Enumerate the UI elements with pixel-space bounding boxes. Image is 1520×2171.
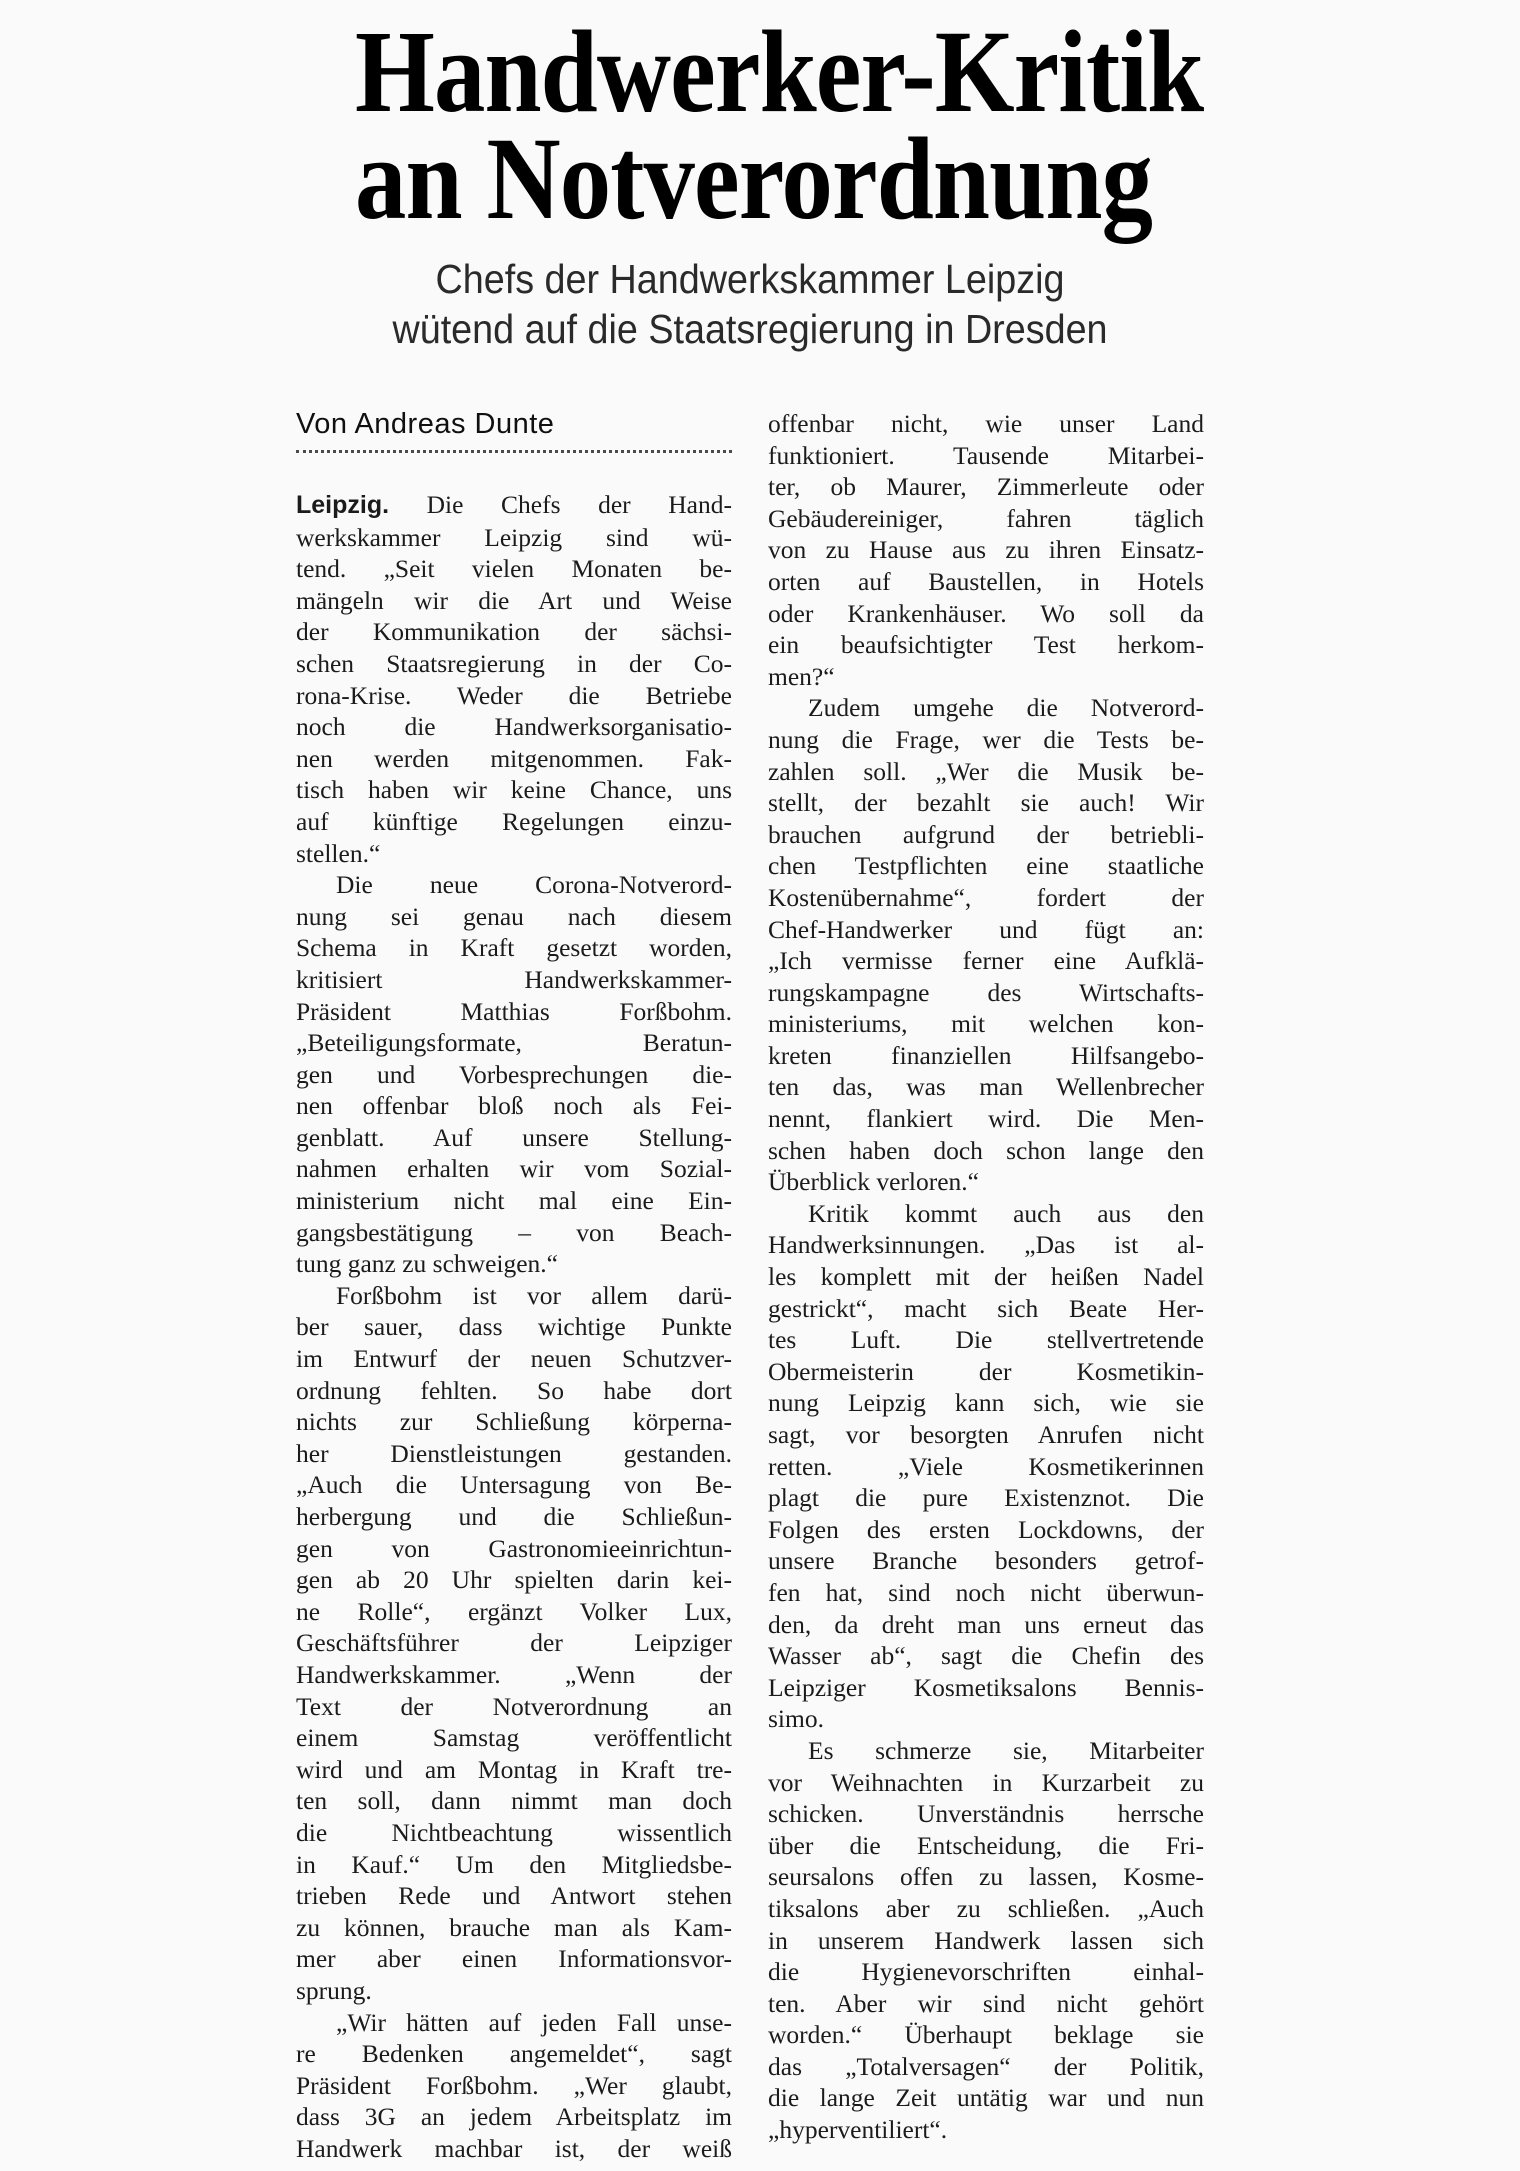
text-line: fen hat, sind noch nicht überwun- [768,1577,1204,1609]
paragraph: Leipzig. Die Chefs der Hand-werkskammer … [296,489,732,869]
text-line: Überblick verloren.“ [768,1166,1204,1198]
text-line: tend. „Seit vielen Monaten be- [296,553,732,585]
column-left: Von Andreas Dunte Leipzig. Die Chefs der… [296,408,732,2164]
text-line: wird und am Montag in Kraft tre- [296,1754,732,1786]
text-line: „Auch die Untersagung von Be- [296,1469,732,1501]
text-line: unsere Branche besonders getrof- [768,1545,1204,1577]
text-line: Kostenübernahme“, fordert der [768,882,1204,914]
text-line: ordnung fehlten. So habe dort [296,1375,732,1407]
text-line: schen Staatsregierung in der Co- [296,648,732,680]
headline-line-1: Handwerker-Kritik [355,18,1145,125]
text-line: tes Luft. Die stellvertretende [768,1324,1204,1356]
subhead: Chefs der Handwerkskammer Leipzig wütend… [332,254,1167,354]
text-line: sprung. [296,1975,732,2007]
text-line: rona-Krise. Weder die Betriebe [296,680,732,712]
text-line: worden.“ Überhaupt beklage sie [768,2019,1204,2051]
text-line: Kritik kommt auch aus den [768,1198,1204,1230]
text-line: „Wir hätten auf jeden Fall unse- [296,2007,732,2039]
text-line: Handwerksinnungen. „Das ist al- [768,1229,1204,1261]
text-line: nung Leipzig kann sich, wie sie [768,1387,1204,1419]
text-line: ministerium nicht mal eine Ein- [296,1185,732,1217]
column-right: offenbar nicht, wie unser Landfunktionie… [768,408,1204,2146]
text-line: in Kauf.“ Um den Mitgliedsbe- [296,1849,732,1881]
text-line: gen ab 20 Uhr spielten darin kei- [296,1564,732,1596]
text-line: plagt die pure Existenznot. Die [768,1482,1204,1514]
text-line: Präsident Forßbohm. „Wer glaubt, [296,2070,732,2102]
text-line: die lange Zeit untätig war und nun [768,2082,1204,2114]
text-line: tung ganz zu schweigen.“ [296,1248,732,1280]
column-left-body: Leipzig. Die Chefs der Hand-werkskammer … [296,489,732,2164]
headline-line-2: an Notverordnung [355,125,1145,232]
text-line: die Nichtbeachtung wissentlich [296,1817,732,1849]
text-line: her Dienstleistungen gestanden. [296,1438,732,1470]
text-line: gestrickt“, macht sich Beate Her- [768,1293,1204,1325]
text-line: ten soll, dann nimmt man doch [296,1785,732,1817]
dateline-lead: Leipzig. [296,491,389,519]
text-line: seursalons offen zu lassen, Kosme- [768,1861,1204,1893]
text-line: einem Samstag veröffentlicht [296,1722,732,1754]
text-line: nen offenbar bloß noch als Fei- [296,1090,732,1122]
text-line: nen werden mitgenommen. Fak- [296,743,732,775]
text-line: ministeriums, mit welchen kon- [768,1008,1204,1040]
paragraph: Die neue Corona-Notverord-nung sei genau… [296,869,732,1280]
paragraph: Forßbohm ist vor allem darü-ber sauer, d… [296,1280,732,2007]
text-line: noch die Handwerksorganisatio- [296,711,732,743]
text-line: simo. [768,1703,1204,1735]
text-line: zu können, brauche man als Kam- [296,1912,732,1944]
column-right-body: offenbar nicht, wie unser Landfunktionie… [768,408,1204,2146]
byline: Von Andreas Dunte [296,408,732,440]
text-line: nichts zur Schließung körperna- [296,1406,732,1438]
text-line: Schema in Kraft gesetzt worden, [296,932,732,964]
text-line: Obermeisterin der Kosmetikin- [768,1356,1204,1388]
text-line: Handwerk machbar ist, der weiß [296,2133,732,2165]
text-line: stellt, der bezahlt sie auch! Wir [768,787,1204,819]
text-line: les komplett mit der heißen Nadel [768,1261,1204,1293]
text-line: ten. Aber wir sind nicht gehört [768,1988,1204,2020]
text-line: „Beteiligungsformate, Beratun- [296,1027,732,1059]
text-line: funktioniert. Tausende Mitarbei- [768,440,1204,472]
paragraph: Es schmerze sie, Mitarbeitervor Weihnach… [768,1735,1204,2146]
text-line: kritisiert Handwerkskammer- [296,964,732,996]
text-line: auf künftige Regelungen einzu- [296,806,732,838]
text-line: trieben Rede und Antwort stehen [296,1880,732,1912]
text-line: nennt, flankiert wird. Die Men- [768,1103,1204,1135]
text-line: dass 3G an jedem Arbeitsplatz im [296,2101,732,2133]
text-line: sagt, vor besorgten Anrufen nicht [768,1419,1204,1451]
text-line: Zudem umgehe die Notverord- [768,692,1204,724]
text-line: Es schmerze sie, Mitarbeiter [768,1735,1204,1767]
headline: Handwerker-Kritik an Notverordnung [355,18,1145,232]
text-line: im Entwurf der neuen Schutzver- [296,1343,732,1375]
text-line: stellen.“ [296,838,732,870]
subhead-line-2: wütend auf die Staatsregierung in Dresde… [332,304,1167,354]
text-line: kreten finanziellen Hilfsangebo- [768,1040,1204,1072]
text-line: Chef-Handwerker und fügt an: [768,914,1204,946]
newspaper-page: Handwerker-Kritik an Notverordnung Chefs… [0,0,1520,2171]
text-line: „Ich vermisse ferner eine Aufklä- [768,945,1204,977]
text-line: mängeln wir die Art und Weise [296,585,732,617]
text-line: tisch haben wir keine Chance, uns [296,774,732,806]
text-line: orten auf Baustellen, in Hotels [768,566,1204,598]
text-line: nahmen erhalten wir vom Sozial- [296,1153,732,1185]
text-line: zahlen soll. „Wer die Musik be- [768,756,1204,788]
text-line: re Bedenken angemeldet“, sagt [296,2038,732,2070]
text-line: Leipzig. Die Chefs der Hand- [296,489,732,522]
text-line: Text der Notverordnung an [296,1691,732,1723]
article: Handwerker-Kritik an Notverordnung Chefs… [296,18,1204,2164]
text-line: vor Weihnachten in Kurzarbeit zu [768,1767,1204,1799]
text-line: Gebäudereiniger, fahren täglich [768,503,1204,535]
text-line: genblatt. Auf unsere Stellung- [296,1122,732,1154]
byline-block: Von Andreas Dunte [296,408,732,453]
text-line: Leipziger Kosmetiksalons Bennis- [768,1672,1204,1704]
text-line: in unserem Handwerk lassen sich [768,1925,1204,1957]
text-line: ne Rolle“, ergänzt Volker Lux, [296,1596,732,1628]
text-line: gangsbestätigung – von Beach- [296,1217,732,1249]
text-line: ein beaufsichtigter Test herkom- [768,629,1204,661]
text-line: schen haben doch schon lange den [768,1135,1204,1167]
text-line: über die Entscheidung, die Fri- [768,1830,1204,1862]
text-line: „hyperventiliert“. [768,2114,1204,2146]
text-line: ter, ob Maurer, Zimmerleute oder [768,471,1204,503]
text-line: oder Krankenhäuser. Wo soll da [768,598,1204,630]
paragraph: Zudem umgehe die Notverord-nung die Frag… [768,692,1204,1198]
text-line: der Kommunikation der sächsi- [296,616,732,648]
text-line: schicken. Unverständnis herrsche [768,1798,1204,1830]
text-line: ten das, was man Wellenbrecher [768,1071,1204,1103]
text-line: retten. „Viele Kosmetikerinnen [768,1451,1204,1483]
paragraph: offenbar nicht, wie unser Landfunktionie… [768,408,1204,692]
text-line: von zu Hause aus zu ihren Einsatz- [768,534,1204,566]
text-line: Forßbohm ist vor allem darü- [296,1280,732,1312]
text-line: ber sauer, dass wichtige Punkte [296,1311,732,1343]
paragraph: „Wir hätten auf jeden Fall unse-re Beden… [296,2007,732,2165]
text-line: werkskammer Leipzig sind wü- [296,522,732,554]
text-line: brauchen aufgrund der betriebli- [768,819,1204,851]
text-line: das „Totalversagen“ der Politik, [768,2051,1204,2083]
text-line: tiksalons aber zu schließen. „Auch [768,1893,1204,1925]
text-line: men?“ [768,661,1204,693]
text-line: Präsident Matthias Forßbohm. [296,996,732,1028]
text-line: Die neue Corona-Notverord- [296,869,732,901]
subhead-line-1: Chefs der Handwerkskammer Leipzig [332,254,1167,304]
text-line: den, da dreht man uns erneut das [768,1609,1204,1641]
text-line: offenbar nicht, wie unser Land [768,408,1204,440]
text-line: Geschäftsführer der Leipziger [296,1627,732,1659]
text-line: nung die Frage, wer die Tests be- [768,724,1204,756]
text-line: mer aber einen Informationsvor- [296,1943,732,1975]
text-line: herbergung und die Schließun- [296,1501,732,1533]
text-line: nung sei genau nach diesem [296,901,732,933]
text-line: gen von Gastronomieeinrichtun- [296,1533,732,1565]
text-line: rungskampagne des Wirtschafts- [768,977,1204,1009]
text-line: Folgen des ersten Lockdowns, der [768,1514,1204,1546]
paragraph: Kritik kommt auch aus denHandwerksinnung… [768,1198,1204,1735]
column-layout: Von Andreas Dunte Leipzig. Die Chefs der… [296,408,1204,2164]
byline-divider [296,450,732,453]
text-line: gen und Vorbesprechungen die- [296,1059,732,1091]
text-line: die Hygienevorschriften einhal- [768,1956,1204,1988]
text-line: Handwerkskammer. „Wenn der [296,1659,732,1691]
text-line: chen Testpflichten eine staatliche [768,850,1204,882]
text-line: Wasser ab“, sagt die Chefin des [768,1640,1204,1672]
